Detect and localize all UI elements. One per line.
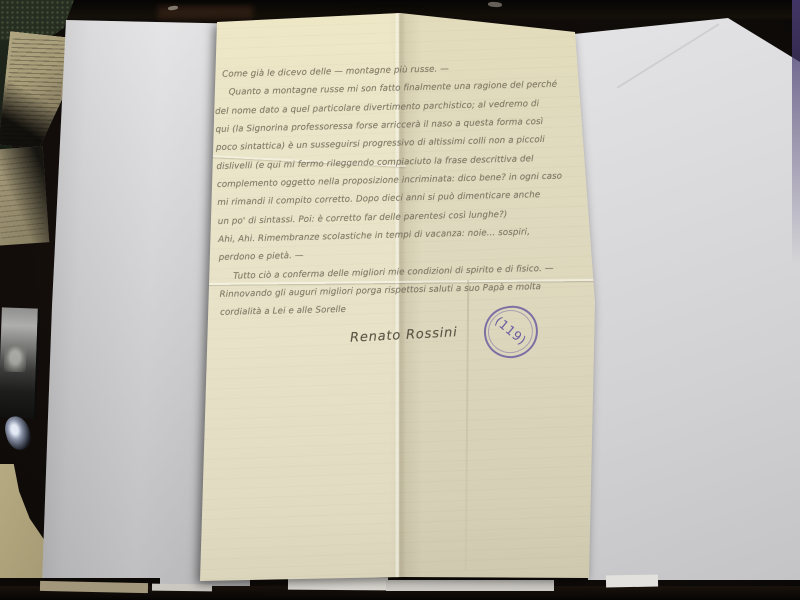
paper-sliver — [152, 584, 212, 592]
fold-crease-vertical — [465, 280, 470, 570]
paper-fragment-top-left — [0, 31, 70, 151]
backing-sheet-right — [568, 10, 800, 582]
page-edge-highlight — [792, 0, 800, 265]
letter-paper: Come già le dicevo delle — montagne più … — [198, 10, 598, 584]
photograph-fragment — [0, 307, 40, 418]
stamp-number: (119) — [487, 309, 535, 353]
letter-text: Come già le dicevo delle — montagne più … — [214, 57, 590, 323]
photo-scene: Come già le dicevo delle — montagne più … — [0, 0, 800, 600]
signature: Renato Rossini — [350, 325, 458, 346]
letter-sheet: Come già le dicevo delle — montagne più … — [198, 10, 598, 584]
paper-fragment-mid-left — [0, 146, 49, 245]
shiny-object — [2, 413, 34, 452]
paper-sliver — [606, 575, 658, 588]
